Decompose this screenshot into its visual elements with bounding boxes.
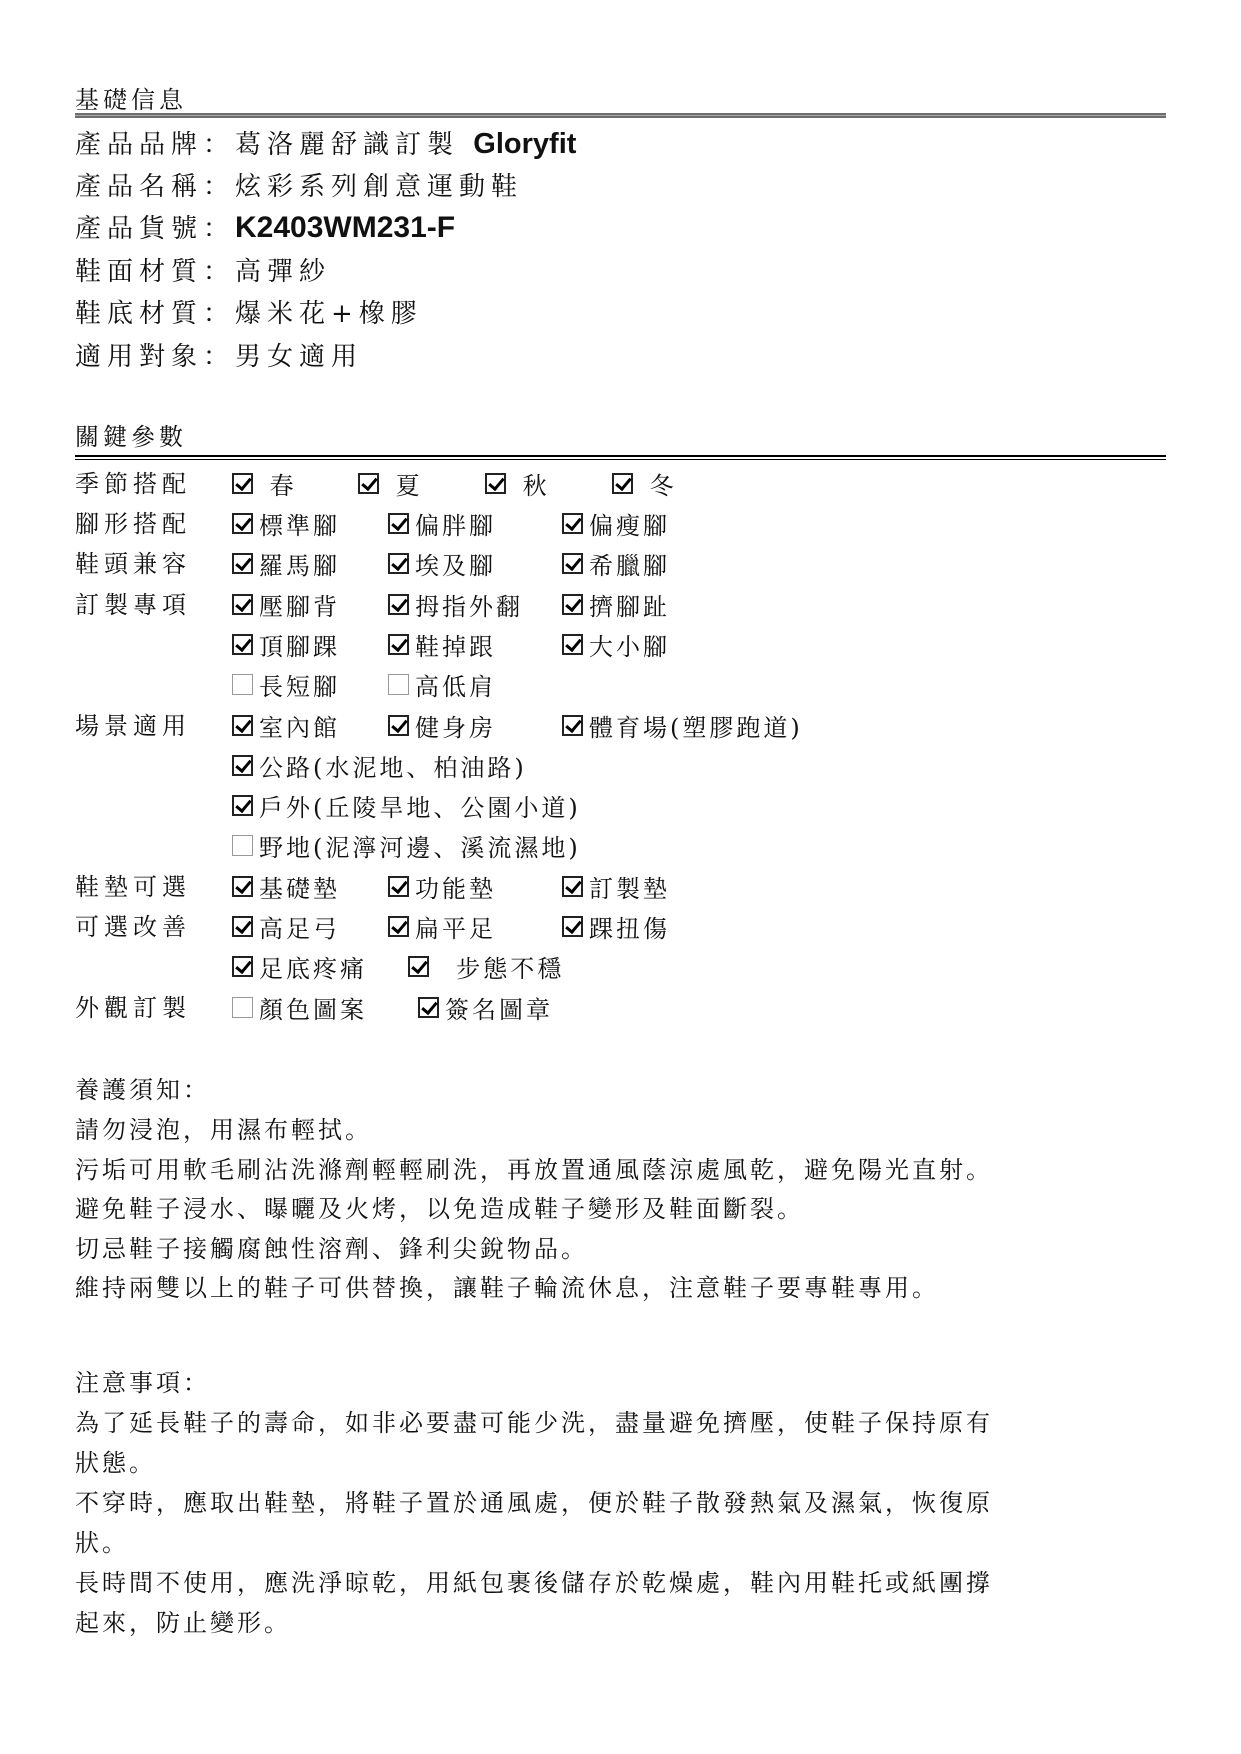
option-label: 顏色圖案 bbox=[259, 990, 367, 1025]
option-unstable-gait[interactable]: 步態不穩 bbox=[408, 949, 564, 984]
checkbox-checked-icon[interactable] bbox=[408, 956, 429, 977]
care-line: 避免鞋子浸水、曝曬及火烤，以免造成鞋子變形及鞋面斷裂。 bbox=[75, 1189, 804, 1224]
param-label-insoles: 鞋墊可選 bbox=[75, 867, 191, 902]
care-line: 污垢可用軟毛刷沾洗滌劑輕輕刷洗，再放置通風蔭涼處風乾，避免陽光直射。 bbox=[75, 1150, 993, 1185]
checkbox-checked-icon[interactable] bbox=[562, 916, 583, 937]
option-custom-insole[interactable]: 訂製墊 bbox=[562, 869, 670, 904]
checkbox-checked-icon[interactable] bbox=[612, 473, 633, 494]
info-value: 炫彩系列創意運動鞋 bbox=[235, 172, 523, 202]
checkbox-unchecked-icon[interactable] bbox=[232, 997, 253, 1018]
option-label: 訂製墊 bbox=[589, 869, 670, 904]
option-color-pattern[interactable]: 顏色圖案 bbox=[232, 990, 367, 1025]
checkbox-checked-icon[interactable] bbox=[562, 594, 583, 615]
option-instep-pressure[interactable]: 壓腳背 bbox=[232, 587, 340, 622]
option-label: 春 bbox=[270, 466, 297, 501]
option-label: 長短腳 bbox=[259, 667, 340, 702]
option-label: 高低肩 bbox=[415, 667, 496, 702]
option-label: 踝扭傷 bbox=[589, 909, 670, 944]
option-roman-foot[interactable]: 羅馬腳 bbox=[232, 546, 340, 581]
option-narrow-foot[interactable]: 偏瘦腳 bbox=[562, 506, 670, 541]
option-label: 步態不穩 bbox=[456, 949, 564, 984]
checkbox-checked-icon[interactable] bbox=[388, 715, 409, 736]
notes-line: 為了延長鞋子的壽命，如非必要盡可能少洗，盡量避免擠壓，使鞋子保持原有 bbox=[75, 1403, 993, 1438]
checkbox-checked-icon[interactable] bbox=[388, 634, 409, 655]
option-label: 足底疼痛 bbox=[259, 949, 367, 984]
section-heading-notes: 注意事項： bbox=[75, 1363, 210, 1398]
option-basic-insole[interactable]: 基礎墊 bbox=[232, 869, 340, 904]
option-label: 野地(泥濘河邊、溪流濕地) bbox=[259, 828, 581, 863]
param-label-foot-shape: 腳形搭配 bbox=[75, 504, 191, 539]
option-uneven-feet[interactable]: 大小腳 bbox=[562, 627, 670, 662]
option-label: 鞋掉跟 bbox=[415, 627, 496, 662]
checkbox-unchecked-icon[interactable] bbox=[232, 674, 253, 695]
option-ankle-rub[interactable]: 頂腳踝 bbox=[232, 627, 340, 662]
param-label-improvements: 可選改善 bbox=[75, 907, 191, 942]
checkbox-checked-icon[interactable] bbox=[232, 513, 253, 534]
checkbox-checked-icon[interactable] bbox=[485, 473, 506, 494]
info-label: 適用對象： bbox=[75, 342, 235, 372]
option-spring[interactable]: 春 bbox=[232, 466, 297, 501]
param-label-toe-fit: 鞋頭兼容 bbox=[75, 544, 191, 579]
option-high-arch[interactable]: 高足弓 bbox=[232, 909, 340, 944]
option-label: 頂腳踝 bbox=[259, 627, 340, 662]
checkbox-checked-icon[interactable] bbox=[562, 876, 583, 897]
section-heading-basic-info: 基礎信息 bbox=[75, 80, 187, 115]
notes-line: 狀。 bbox=[75, 1523, 129, 1558]
info-label: 產品貨號： bbox=[75, 214, 235, 244]
checkbox-checked-icon[interactable] bbox=[388, 594, 409, 615]
option-flat-foot[interactable]: 扁平足 bbox=[388, 909, 496, 944]
option-label: 扁平足 bbox=[415, 909, 496, 944]
info-label: 鞋面材質： bbox=[75, 257, 235, 287]
checkbox-checked-icon[interactable] bbox=[562, 513, 583, 534]
option-label: 大小腳 bbox=[589, 627, 670, 662]
option-label: 戶外(丘陵旱地、公園小道) bbox=[259, 788, 581, 823]
option-label: 功能墊 bbox=[415, 869, 496, 904]
param-label-appearance: 外觀訂製 bbox=[75, 988, 191, 1023]
section-divider bbox=[75, 113, 1166, 118]
checkbox-checked-icon[interactable] bbox=[232, 916, 253, 937]
info-value: 高彈紗 bbox=[235, 257, 331, 287]
checkbox-checked-icon[interactable] bbox=[232, 553, 253, 574]
info-row-product-name: 產品名稱：炫彩系列創意運動鞋 bbox=[75, 166, 523, 203]
option-label: 基礎墊 bbox=[259, 869, 340, 904]
option-gym[interactable]: 健身房 bbox=[388, 708, 496, 743]
checkbox-checked-icon[interactable] bbox=[562, 553, 583, 574]
checkbox-checked-icon[interactable] bbox=[388, 553, 409, 574]
option-road[interactable]: 公路(水泥地、柏油路) bbox=[232, 748, 527, 783]
info-value: 爆米花+橡膠 bbox=[235, 299, 423, 329]
option-label: 希臘腳 bbox=[589, 546, 670, 581]
product-code: K2403WM231-F bbox=[235, 211, 455, 244]
option-indoor-hall[interactable]: 室內館 bbox=[232, 708, 340, 743]
option-hallux-valgus[interactable]: 拇指外翻 bbox=[388, 587, 523, 622]
option-outdoor[interactable]: 戶外(丘陵旱地、公園小道) bbox=[232, 788, 581, 823]
info-row-target: 適用對象：男女適用 bbox=[75, 336, 363, 373]
info-label: 產品品牌： bbox=[75, 130, 235, 160]
option-egyptian-foot[interactable]: 埃及腳 bbox=[388, 546, 496, 581]
checkbox-checked-icon[interactable] bbox=[418, 997, 439, 1018]
checkbox-checked-icon[interactable] bbox=[562, 634, 583, 655]
checkbox-checked-icon[interactable] bbox=[388, 876, 409, 897]
option-stadium[interactable]: 體育場(塑膠跑道) bbox=[562, 708, 803, 743]
info-row-product-code: 產品貨號：K2403WM231-F bbox=[75, 208, 455, 245]
option-summer[interactable]: 夏 bbox=[358, 466, 423, 501]
section-heading-care: 養護須知： bbox=[75, 1070, 210, 1105]
section-heading-key-params: 關鍵參數 bbox=[75, 417, 187, 452]
care-line: 切忌鞋子接觸腐蝕性溶劑、鋒利尖銳物品。 bbox=[75, 1229, 588, 1264]
option-label: 高足弓 bbox=[259, 909, 340, 944]
info-value: 葛洛麗舒識訂製 bbox=[235, 130, 459, 160]
care-line: 維持兩雙以上的鞋子可供替換，讓鞋子輪流休息，注意鞋子要專鞋專用。 bbox=[75, 1268, 939, 1303]
checkbox-checked-icon[interactable] bbox=[232, 795, 253, 816]
checkbox-checked-icon[interactable] bbox=[232, 956, 253, 977]
notes-line: 狀態。 bbox=[75, 1443, 156, 1478]
info-label: 鞋底材質： bbox=[75, 299, 235, 329]
checkbox-checked-icon[interactable] bbox=[388, 916, 409, 937]
checkbox-checked-icon[interactable] bbox=[232, 634, 253, 655]
option-shoulder-height-diff[interactable]: 高低肩 bbox=[388, 667, 496, 702]
notes-line: 起來，防止變形。 bbox=[75, 1603, 291, 1638]
option-label: 體育場(塑膠跑道) bbox=[589, 708, 803, 743]
option-label: 夏 bbox=[396, 466, 423, 501]
option-label: 秋 bbox=[523, 466, 550, 501]
care-line: 請勿浸泡，用濕布輕拭。 bbox=[75, 1110, 372, 1145]
param-label-custom-items: 訂製專項 bbox=[75, 585, 191, 620]
checkbox-checked-icon[interactable] bbox=[562, 715, 583, 736]
checkbox-checked-icon[interactable] bbox=[232, 876, 253, 897]
option-toe-squeeze[interactable]: 擠腳趾 bbox=[562, 587, 670, 622]
param-label-season: 季節搭配 bbox=[75, 464, 191, 499]
info-row-sole-material: 鞋底材質：爆米花+橡膠 bbox=[75, 293, 423, 330]
option-autumn[interactable]: 秋 bbox=[485, 466, 550, 501]
option-label: 健身房 bbox=[415, 708, 496, 743]
checkbox-checked-icon[interactable] bbox=[232, 715, 253, 736]
option-leg-length-diff[interactable]: 長短腳 bbox=[232, 667, 340, 702]
option-label: 羅馬腳 bbox=[259, 546, 340, 581]
option-winter[interactable]: 冬 bbox=[612, 466, 677, 501]
option-ankle-sprain[interactable]: 踝扭傷 bbox=[562, 909, 670, 944]
checkbox-checked-icon[interactable] bbox=[232, 594, 253, 615]
option-label: 室內館 bbox=[259, 708, 340, 743]
checkbox-checked-icon[interactable] bbox=[358, 473, 379, 494]
option-standard-foot[interactable]: 標準腳 bbox=[232, 506, 340, 541]
notes-line: 不穿時，應取出鞋墊，將鞋子置於通風處，便於鞋子散發熱氣及濕氣，恢復原 bbox=[75, 1483, 993, 1518]
option-heel-slip[interactable]: 鞋掉跟 bbox=[388, 627, 496, 662]
checkbox-checked-icon[interactable] bbox=[232, 473, 253, 494]
option-label: 偏胖腳 bbox=[415, 506, 496, 541]
option-label: 拇指外翻 bbox=[415, 587, 523, 622]
info-row-brand: 產品品牌：葛洛麗舒識訂製 Gloryfit bbox=[75, 124, 576, 161]
option-label: 偏瘦腳 bbox=[589, 506, 670, 541]
option-label: 冬 bbox=[650, 466, 677, 501]
info-label: 產品名稱： bbox=[75, 172, 235, 202]
checkbox-checked-icon[interactable] bbox=[232, 755, 253, 776]
option-label: 簽名圖章 bbox=[445, 990, 553, 1025]
option-wide-foot[interactable]: 偏胖腳 bbox=[388, 506, 496, 541]
checkbox-unchecked-icon[interactable] bbox=[388, 674, 409, 695]
option-greek-foot[interactable]: 希臘腳 bbox=[562, 546, 670, 581]
option-label: 擠腳趾 bbox=[589, 587, 670, 622]
checkbox-checked-icon[interactable] bbox=[388, 513, 409, 534]
section-divider bbox=[75, 455, 1166, 460]
notes-line: 長時間不使用，應洗淨晾乾，用紙包裹後儲存於乾燥處，鞋內用鞋托或紙團撐 bbox=[75, 1563, 993, 1598]
checkbox-unchecked-icon[interactable] bbox=[232, 835, 253, 856]
option-wild-terrain[interactable]: 野地(泥濘河邊、溪流濕地) bbox=[232, 828, 581, 863]
option-label: 壓腳背 bbox=[259, 587, 340, 622]
brand-latin: Gloryfit bbox=[473, 128, 576, 160]
option-label: 標準腳 bbox=[259, 506, 340, 541]
info-row-upper-material: 鞋面材質：高彈紗 bbox=[75, 251, 331, 288]
option-label: 公路(水泥地、柏油路) bbox=[259, 748, 527, 783]
option-signature-stamp[interactable]: 簽名圖章 bbox=[418, 990, 553, 1025]
option-functional-insole[interactable]: 功能墊 bbox=[388, 869, 496, 904]
param-label-scenes: 場景適用 bbox=[75, 706, 191, 741]
info-value: 男女適用 bbox=[235, 342, 363, 372]
option-label: 埃及腳 bbox=[415, 546, 496, 581]
option-plantar-pain[interactable]: 足底疼痛 bbox=[232, 949, 367, 984]
